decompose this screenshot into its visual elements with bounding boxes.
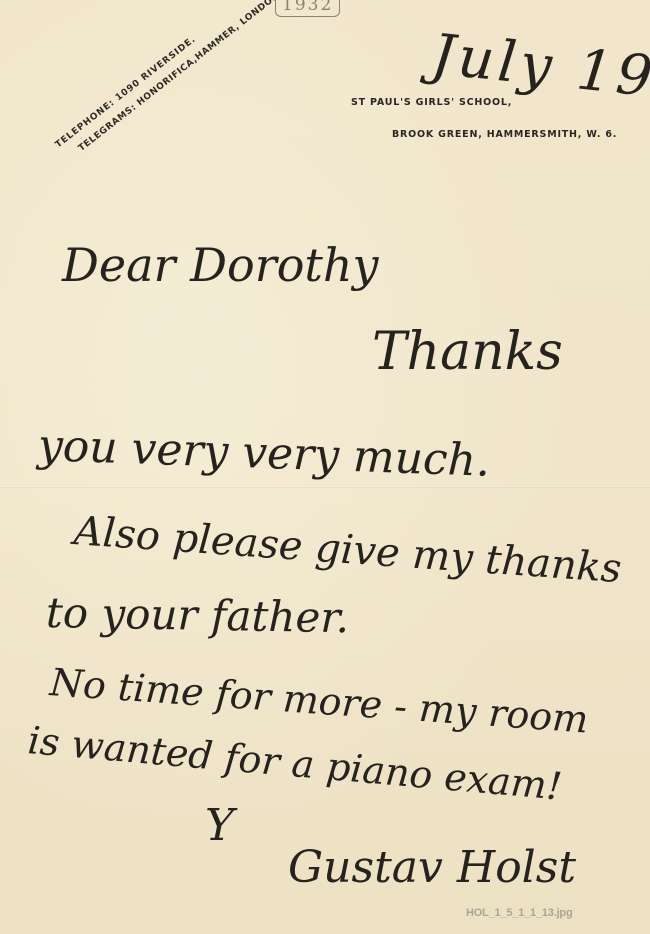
letterhead-school-address: BROOK GREEN, HAMMERSMITH, W. 6. <box>392 129 617 140</box>
letter-body-line: Thanks <box>372 322 563 382</box>
letter-body-line: Also please give my thanks <box>72 508 623 592</box>
paper-fold-line <box>0 486 650 488</box>
letterhead-contact-block: TELEPHONE: 1090 RIVERSIDE. TELEGRAMS: HO… <box>52 0 287 166</box>
file-label-watermark: HOL_1_5_1_1_13.jpg <box>466 907 572 919</box>
letter-page: 1932 TELEPHONE: 1090 RIVERSIDE. TELEGRAM… <box>0 0 650 934</box>
letter-body-line: you very very much. <box>37 420 491 487</box>
letter-salutation: Dear Dorothy <box>62 238 379 292</box>
archive-year-annotation: 1932 <box>275 0 340 17</box>
letter-signature: Gustav Holst <box>288 842 576 893</box>
letter-body-line: to your father. <box>46 588 350 642</box>
letterhead-telegrams: TELEGRAMS: HONORIFICA,HAMMER, LONDON. <box>75 0 287 156</box>
letterhead-school-name: ST PAUL'S GIRLS' SCHOOL, <box>351 97 512 108</box>
letter-closing: Y <box>205 800 234 851</box>
